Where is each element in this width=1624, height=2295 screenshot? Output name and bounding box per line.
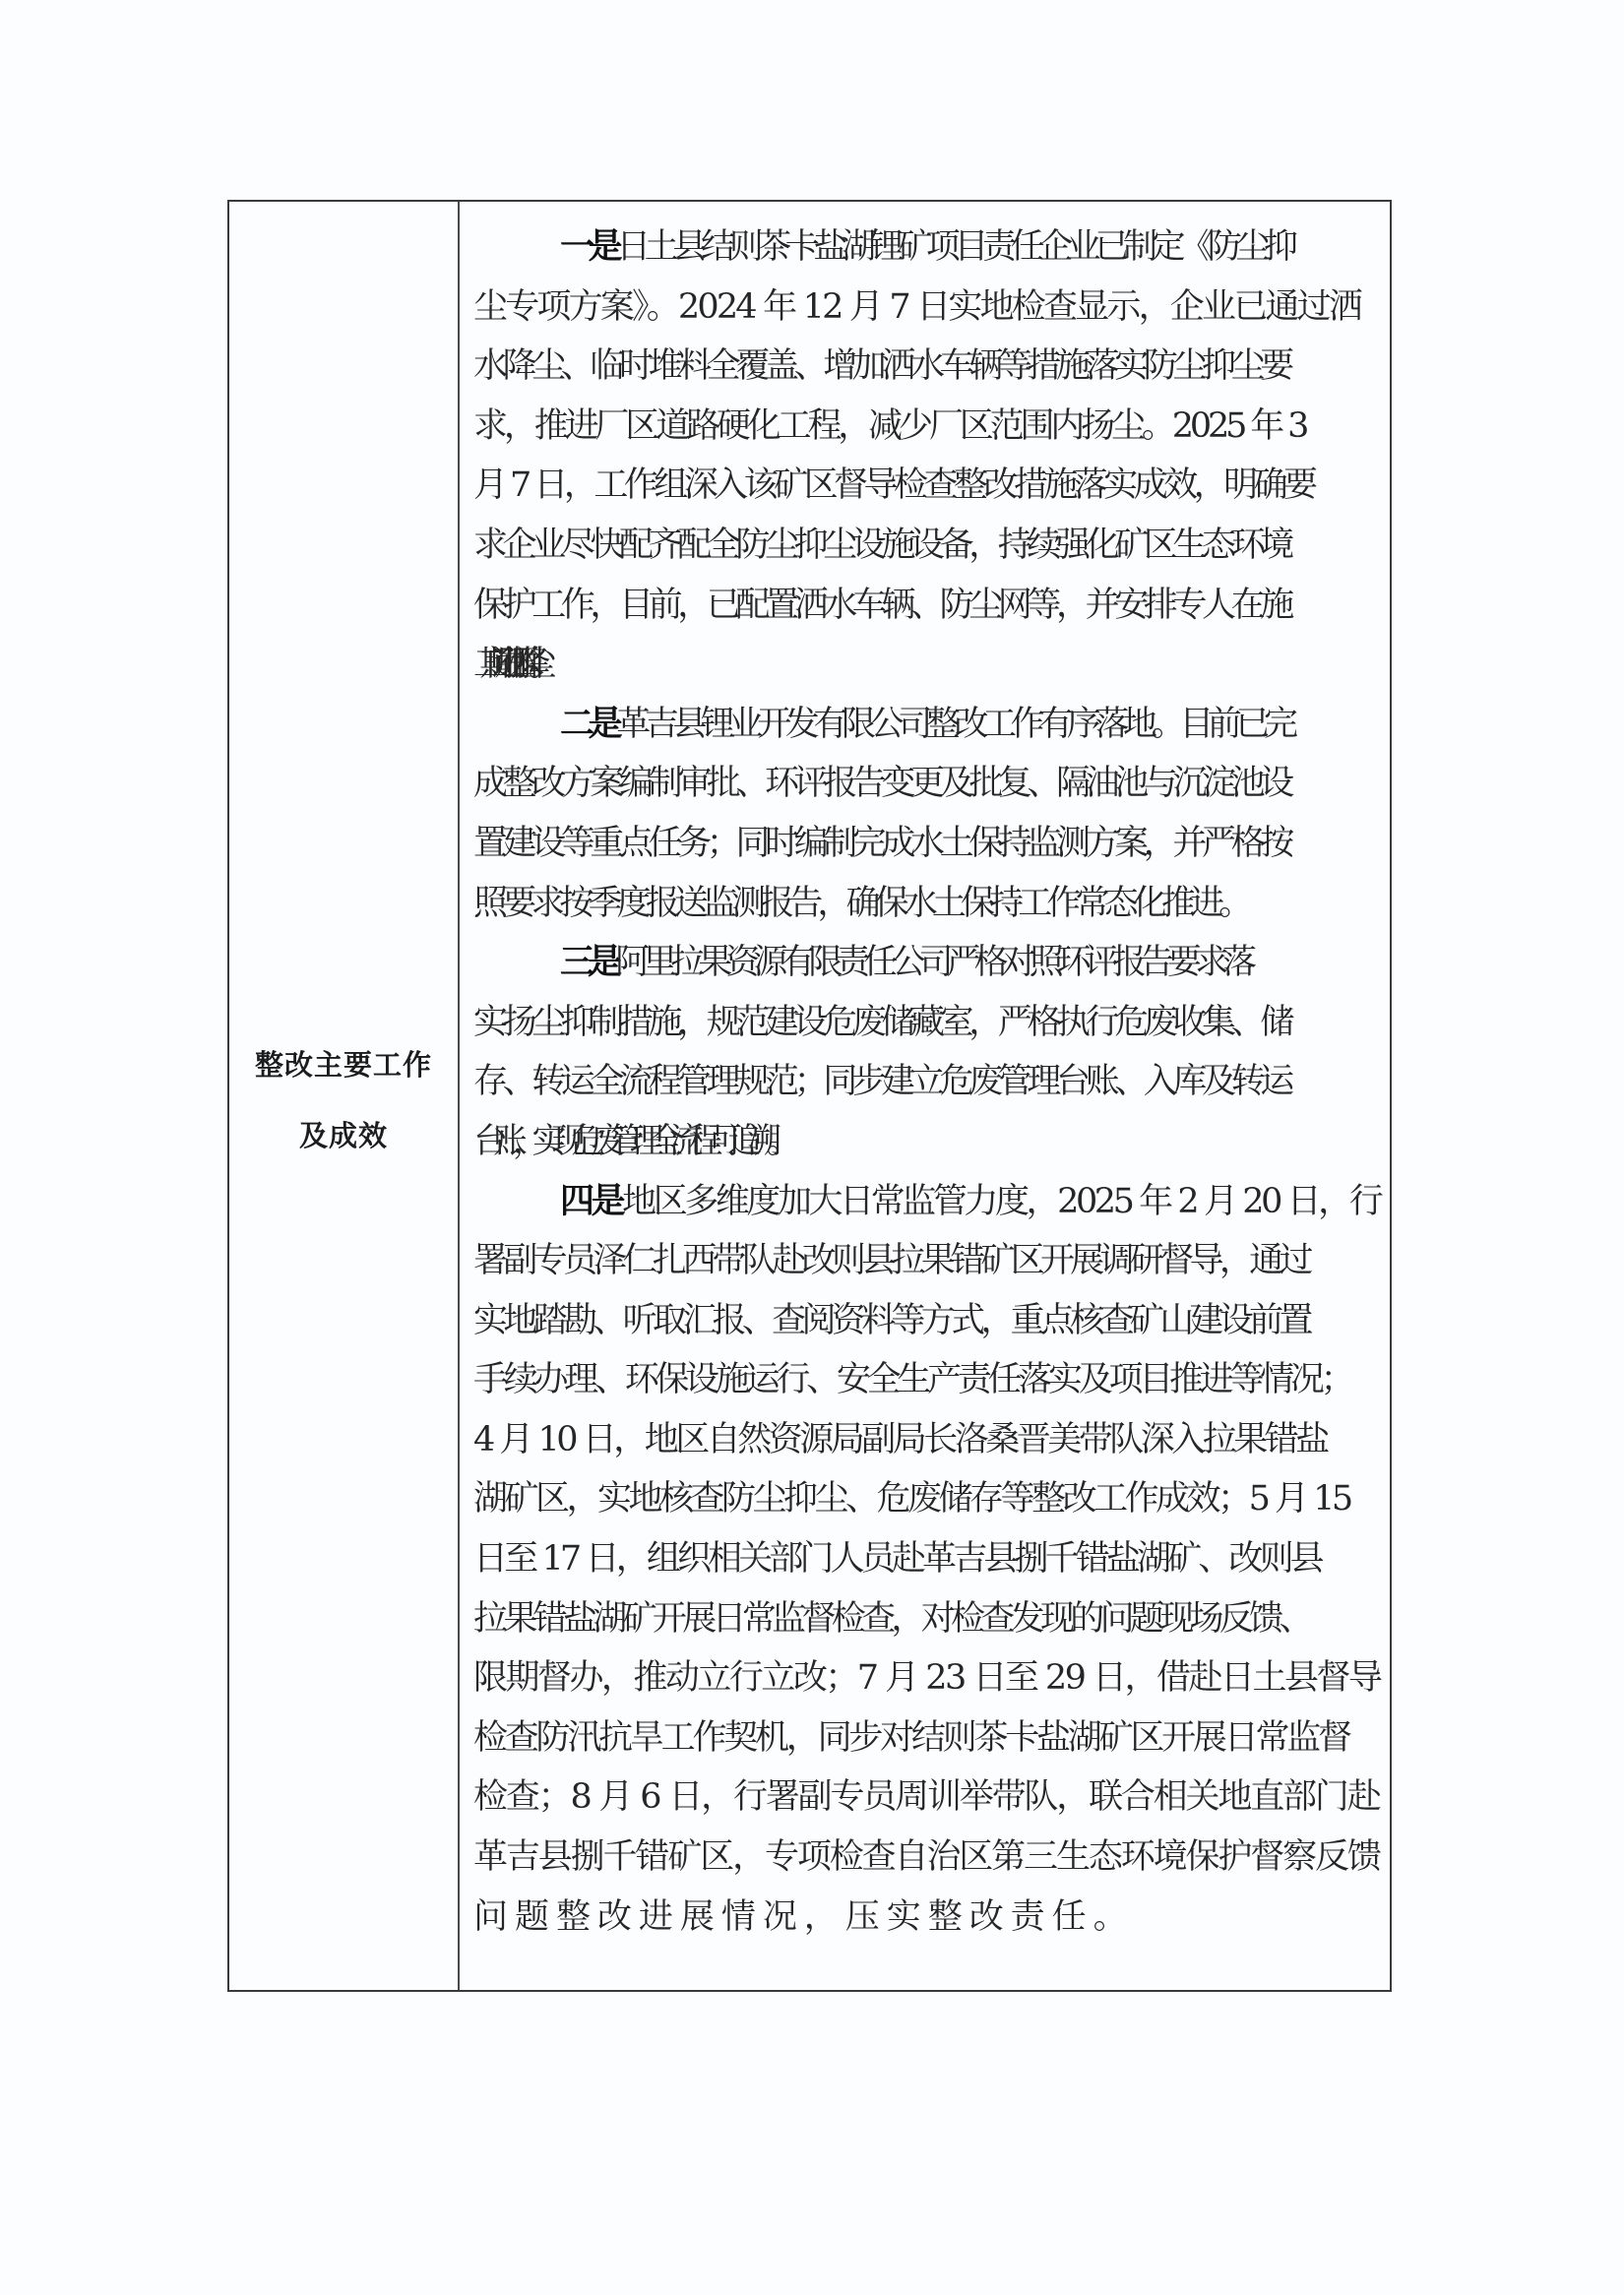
paragraph-2: 二是革吉县锂业开发有限公司整改工作有序落地。目前已完 成整改方案编制审批、环评报… [473,695,1390,933]
label-line-2: 及成效 [299,1100,388,1171]
text-span: 日土县结则茶卡盐湖锂矿项目责任企业已制定《防尘抑 [616,227,1291,267]
text-line: 工期间进行洒水降尘。 [473,635,1390,695]
paragraph-3: 三是阿里拉果资源有限责任公司严格对照环评报告要求落 实扬尘抑制措施，规范建设危废… [473,933,1390,1171]
text-line: 成整改方案编制审批、环评报告变更及批复、隔油池与沉淀池设 [473,754,1390,814]
text-line: 限期督办，推动立行立改；7 月 23 日至 29 日，借赴日土县督导 [473,1648,1390,1708]
text-span: 阿里拉果资源有限责任公司严格对照环评报告要求落 [615,943,1250,982]
text-line: 台账，实现危废管理全流程可追溯。 [473,1112,1390,1172]
text-line: 检查防汛抗旱工作契机，同步对结则茶卡盐湖矿区开展日常监督 [473,1708,1390,1768]
text-line: 一是日土县结则茶卡盐湖锂矿项目责任企业已制定《防尘抑 [473,217,1390,278]
text-span: 革吉县锂业开发有限公司整改工作有序落地。目前已完 [616,705,1291,744]
text-line: 实扬尘抑制措施，规范建设危废储藏室，严格执行危废收集、储 [473,993,1390,1053]
text-line: 照要求按季度报送监测报告，确保水土保持工作常态化推进。 [473,874,1390,934]
text-line: 湖矿区，实地核查防尘抑尘、危废储存等整改工作成效；5 月 15 [473,1469,1390,1529]
text-line: 月 7 日，工作组深入该矿区督导检查整改措施落实成效，明确要 [473,456,1390,516]
text-line: 手续办理、环保设施运行、安全生产责任落实及项目推进等情况； [473,1350,1390,1410]
label-cell: 整改主要工作 及成效 [229,202,460,1990]
document-page: 整改主要工作 及成效 一是日土县结则茶卡盐湖锂矿项目责任企业已制定《防尘抑 尘专… [0,0,1624,2295]
text-line: 4 月 10 日，地区自然资源局副局长洛桑晋美带队深入拉果错盐 [473,1410,1390,1470]
label-line-1: 整改主要工作 [255,1029,432,1100]
text-line: 尘专项方案》。2024 年 12 月 7 日实地检查显示，企业已通过洒 [473,278,1390,338]
text-line: 保护工作，目前，已配置洒水车辆、防尘网等，并安排专人在施 [473,576,1390,636]
paragraph-lead: 二是 [560,705,616,744]
text-line: 革吉县捌千错矿区，专项检查自治区第三生态环境保护督察反馈 [473,1828,1390,1888]
text-line: 检查；8 月 6 日，行署副专员周训举带队，联合相关地直部门赴 [473,1768,1390,1828]
paragraph-lead: 四是 [560,1182,622,1221]
text-line: 求企业尽快配齐配全防尘抑尘设施设备，持续强化矿区生态环境 [473,516,1390,576]
content-cell: 一是日土县结则茶卡盐湖锂矿项目责任企业已制定《防尘抑 尘专项方案》。2024 年… [460,202,1390,1990]
text-line: 二是革吉县锂业开发有限公司整改工作有序落地。目前已完 [473,695,1390,755]
paragraph-4: 四是地区多维度加大日常监管力度，2025 年 2 月 20 日，行 署副专员泽仁… [473,1172,1390,1948]
paragraph-lead: 三是 [560,943,615,982]
text-line: 置建设等重点任务；同时编制完成水土保持监测方案，并严格按 [473,814,1390,874]
text-line: 署副专员泽仁扎西带队赴改则县拉果错矿区开展调研督导，通过 [473,1231,1390,1291]
text-span: 地区多维度加大日常监管力度，2025 年 2 月 20 日，行 [622,1182,1380,1221]
paragraph-lead: 一是 [560,227,616,267]
rectification-table: 整改主要工作 及成效 一是日土县结则茶卡盐湖锂矿项目责任企业已制定《防尘抑 尘专… [227,200,1392,1992]
text-line: 四是地区多维度加大日常监管力度，2025 年 2 月 20 日，行 [473,1172,1390,1232]
text-line: 日至 17 日，组织相关部门人员赴革吉县捌千错盐湖矿、改则县 [473,1529,1390,1589]
text-line: 问题整改进展情况，压实整改责任。 [473,1888,1390,1948]
text-line: 三是阿里拉果资源有限责任公司严格对照环评报告要求落 [473,933,1390,993]
text-line: 拉果错盐湖矿开展日常监督检查，对检查发现的问题现场反馈、 [473,1589,1390,1649]
text-line: 实地踏勘、听取汇报、查阅资料等方式，重点核查矿山建设前置 [473,1291,1390,1351]
text-line: 水降尘、临时堆料全覆盖、增加洒水车辆等措施落实防尘抑尘要 [473,337,1390,397]
paragraph-1: 一是日土县结则茶卡盐湖锂矿项目责任企业已制定《防尘抑 尘专项方案》。2024 年… [473,217,1390,695]
text-line: 存、转运全流程管理规范；同步建立危废管理台账、入库及转运 [473,1052,1390,1112]
text-line: 求，推进厂区道路硬化工程，减少厂区范围内扬尘。2025 年 3 [473,397,1390,457]
